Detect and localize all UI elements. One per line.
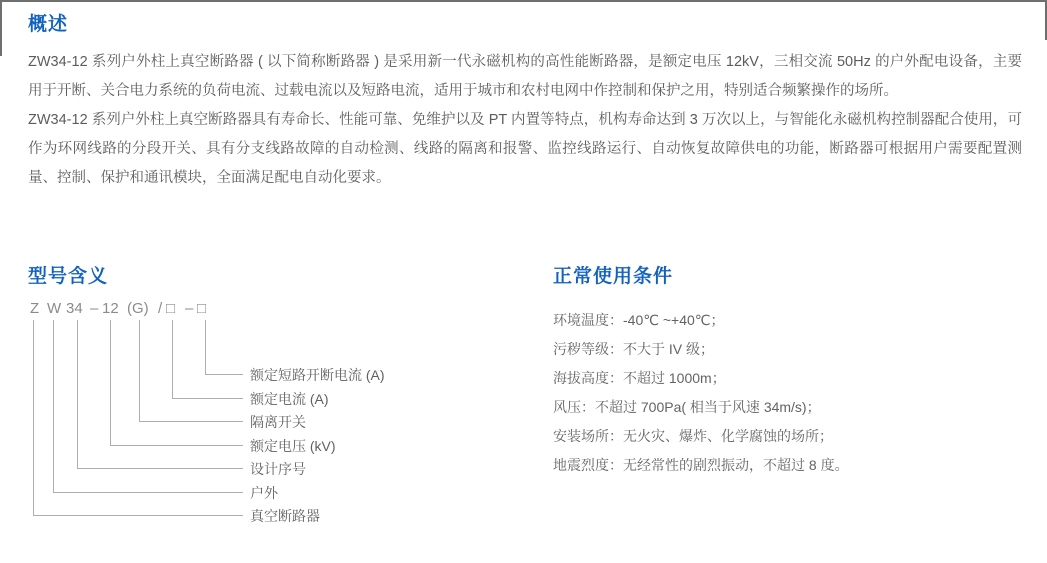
overview-paragraph-2: ZW34-12 系列户外柱上真空断路器具有寿命长、性能可靠、免维护以及 PT 内… [28, 106, 1022, 193]
condition-wind-pressure: 风压：不超过 700Pa( 相当于风速 34m/s)； [553, 397, 821, 417]
overview-paragraph-1: ZW34-12 系列户外柱上真空断路器 ( 以下简称断路器 ) 是采用新一代永磁… [28, 48, 1022, 106]
page-top-border [0, 0, 1047, 2]
diagram-line [172, 398, 243, 399]
diagram-line [53, 492, 243, 493]
model-code-segment: □ [166, 300, 175, 317]
condition-seismic-intensity: 地震烈度：无经常性的剧烈振动，不超过 8 度。 [553, 455, 849, 475]
diagram-line [110, 320, 111, 445]
diagram-label-rated-voltage: 额定电压 (kV) [250, 436, 336, 456]
diagram-label-short-circuit-breaking-current: 额定短路开断电流 (A) [250, 365, 385, 385]
condition-altitude: 海拔高度：不超过 1000m； [553, 368, 726, 388]
diagram-label-design-serial: 设计序号 [250, 459, 306, 479]
model-code-segment: (G) [127, 300, 149, 317]
diagram-label-outdoor: 户外 [250, 483, 278, 503]
diagram-label-disconnector: 隔离开关 [250, 412, 306, 432]
diagram-line [110, 445, 243, 446]
diagram-line [33, 515, 243, 516]
model-code-segment: □ [197, 300, 206, 317]
diagram-line [53, 320, 54, 492]
operating-conditions-title: 正常使用条件 [553, 261, 673, 288]
condition-ambient-temperature: 环境温度：-40℃ ~+40℃； [553, 310, 725, 330]
diagram-line [77, 468, 243, 469]
model-code-segment: Z [30, 300, 39, 317]
diagram-line [77, 320, 78, 468]
model-meaning-title: 型号含义 [28, 261, 108, 288]
condition-pollution-level: 污秽等级：不大于 IV 级； [553, 339, 714, 359]
model-code-segment: 12 [102, 300, 119, 317]
condition-installation-site: 安装场所：无火灾、爆炸、化学腐蚀的场所； [553, 426, 833, 446]
model-code-segment: W [47, 300, 61, 317]
overview-title: 概述 [28, 9, 68, 36]
model-code-segment: / [158, 300, 162, 317]
model-code-segment: – [90, 300, 98, 317]
document-page: 概述 ZW34-12 系列户外柱上真空断路器 ( 以下简称断路器 ) 是采用新一… [0, 0, 1047, 563]
model-code-segment: – [185, 300, 193, 317]
page-left-edge [0, 0, 2, 56]
diagram-line [139, 320, 140, 421]
diagram-line [205, 320, 206, 374]
diagram-line [172, 320, 173, 398]
diagram-label-vacuum-circuit-breaker: 真空断路器 [250, 506, 320, 526]
diagram-label-rated-current: 额定电流 (A) [250, 389, 329, 409]
diagram-line [205, 374, 243, 375]
diagram-line [33, 320, 34, 515]
diagram-line [139, 421, 243, 422]
model-code-segment: 34 [66, 300, 83, 317]
